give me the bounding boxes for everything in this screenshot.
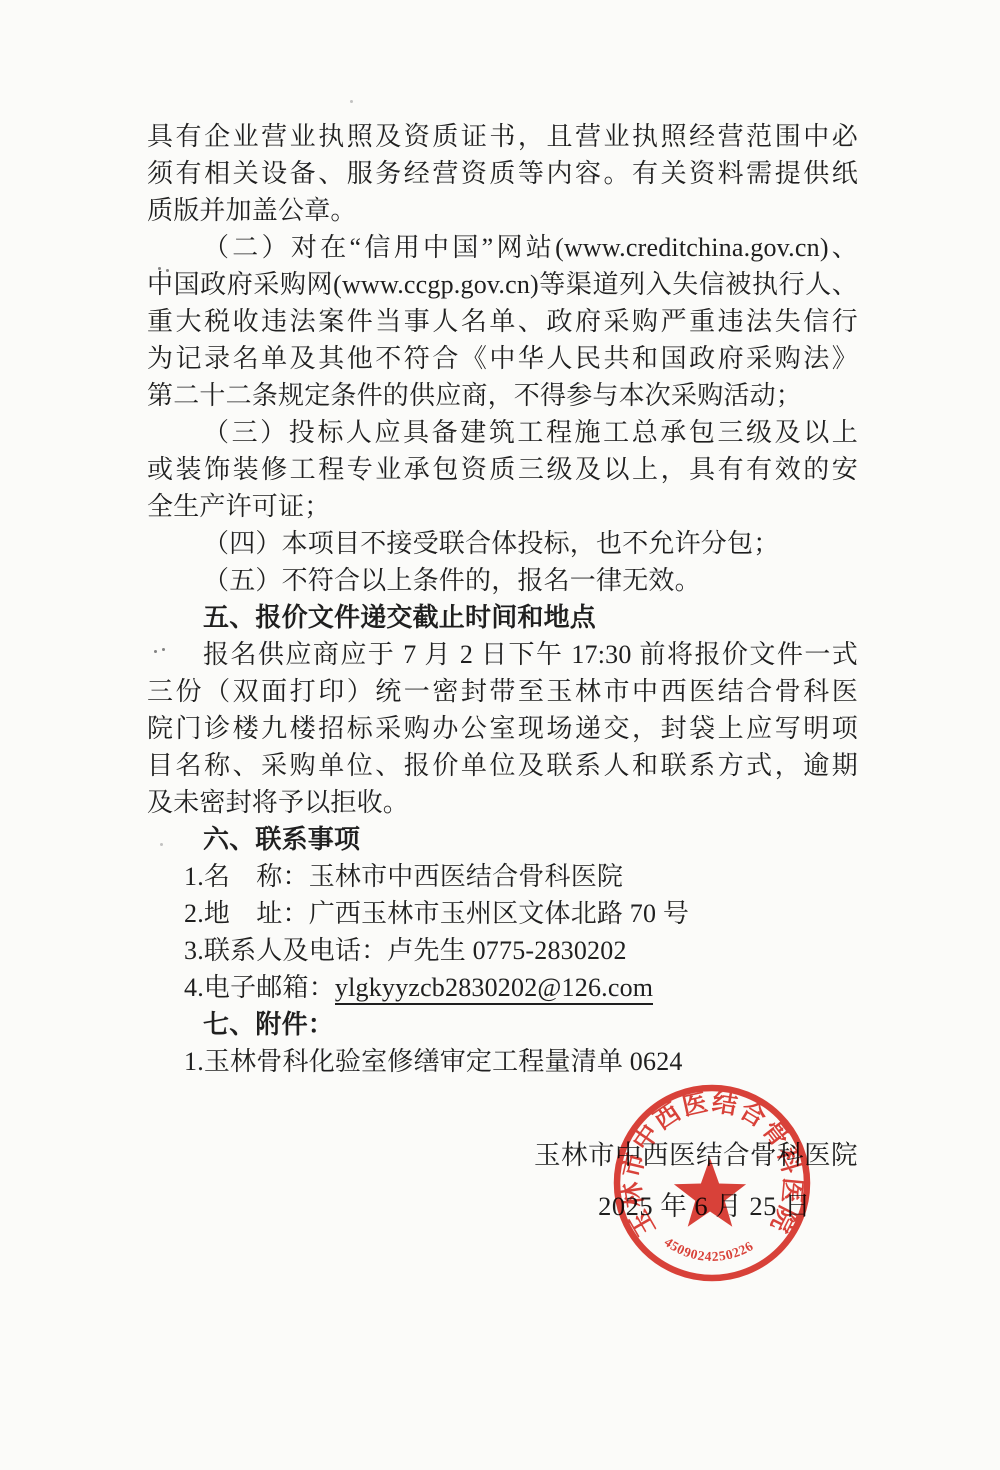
text-line: 质版并加盖公章。 bbox=[147, 192, 858, 229]
text-run: （二）对在“信用中国”网站(www.creditchina.gov.cn)、 bbox=[203, 233, 858, 262]
text-run: 第二十二条规定条件的供应商，不得参与本次采购活动； bbox=[147, 381, 802, 410]
seal-star-icon bbox=[674, 1158, 746, 1227]
text-run: 三份（双面打印）统一密封带至玉林市中西医结合骨科医 bbox=[147, 677, 858, 706]
text-run: 及未密封将予以拒收。 bbox=[147, 788, 409, 817]
text-line: 第二十二条规定条件的供应商，不得参与本次采购活动； bbox=[147, 377, 858, 414]
text-line: 具有企业营业执照及资质证书，且营业执照经营范围中必 bbox=[147, 118, 858, 155]
text-run: 或装饰装修工程专业承包资质三级及以上，具有有效的安 bbox=[147, 455, 858, 484]
text-run: 院门诊楼九楼招标采购办公室现场递交，封袋上应写明项 bbox=[147, 714, 858, 743]
scan-artifact-dot bbox=[166, 269, 169, 272]
scan-artifact-dot bbox=[350, 100, 353, 103]
text-line: （五）不符合以上条件的，报名一律无效。 bbox=[147, 562, 858, 599]
scan-artifact-dot bbox=[160, 843, 163, 846]
text-line: 全生产许可证； bbox=[147, 488, 858, 525]
text-line: 或装饰装修工程专业承包资质三级及以上，具有有效的安 bbox=[147, 451, 858, 488]
text-run: （四）本项目不接受联合体投标，也不允许分包； bbox=[203, 529, 779, 558]
text-run: 中国政府采购网(www.ccgp.gov.cn)等渠道列入失信被执行人、 bbox=[147, 270, 858, 299]
text-run: 重大税收违法案件当事人名单、政府采购严重违法失信行 bbox=[147, 307, 858, 336]
text-line: （三）投标人应具备建筑工程施工总承包三级及以上 bbox=[147, 414, 858, 451]
text-line: 须有相关设备、服务经营资质等内容。有关资料需提供纸 bbox=[147, 155, 858, 192]
text-line: 重大税收违法案件当事人名单、政府采购严重违法失信行 bbox=[147, 303, 858, 340]
text-run: 目名称、采购单位、报价单位及联系人和联系方式，逾期 bbox=[147, 751, 858, 780]
text-run: （三）投标人应具备建筑工程施工总承包三级及以上 bbox=[203, 418, 858, 447]
text-run: 须有相关设备、服务经营资质等内容。有关资料需提供纸 bbox=[147, 159, 858, 188]
text-line: （二）对在“信用中国”网站(www.creditchina.gov.cn)、 bbox=[147, 229, 858, 266]
text-line: 3.联系人及电话：卢先生 0775-2830202 bbox=[147, 932, 858, 969]
text-run: 六、联系事项 bbox=[203, 825, 360, 854]
text-line: 4.电子邮箱：ylgkyyzcb2830202@126.com bbox=[147, 969, 858, 1006]
text-run: 3.联系人及电话：卢先生 0775-2830202 bbox=[184, 936, 627, 965]
text-run: 报名供应商应于 7 月 2 日下午 17:30 前将报价文件一式 bbox=[203, 640, 858, 669]
text-run: （五）不符合以上条件的，报名一律无效。 bbox=[203, 566, 701, 595]
text-run: 质版并加盖公章。 bbox=[147, 196, 357, 225]
text-run: 4.电子邮箱： bbox=[184, 973, 335, 1002]
text-line: 三份（双面打印）统一密封带至玉林市中西医结合骨科医 bbox=[147, 673, 858, 710]
text-run: 2.地 址：广西玉林市玉州区文体北路 70 号 bbox=[184, 899, 689, 928]
official-seal: 玉林市中西医结合骨科医院 4509024250226 bbox=[597, 1068, 827, 1298]
seal-code: 4509024250226 bbox=[662, 1234, 757, 1264]
text-run: 七、附件： bbox=[203, 1010, 334, 1039]
text-line: 1.名 称：玉林市中西医结合骨科医院 bbox=[147, 858, 858, 895]
scan-artifact-dot bbox=[162, 648, 165, 651]
text-run: 全生产许可证； bbox=[147, 492, 330, 521]
scan-artifact-dot bbox=[158, 267, 161, 270]
text-run: 1.名 称：玉林市中西医结合骨科医院 bbox=[184, 862, 623, 891]
text-line: 院门诊楼九楼招标采购办公室现场递交，封袋上应写明项 bbox=[147, 710, 858, 747]
text-line: 及未密封将予以拒收。 bbox=[147, 784, 858, 821]
scan-artifact-dot bbox=[154, 650, 157, 653]
text-line: 中国政府采购网(www.ccgp.gov.cn)等渠道列入失信被执行人、 bbox=[147, 266, 858, 303]
section-heading: 七、附件： bbox=[147, 1006, 858, 1043]
text-line: 为记录名单及其他不符合《中华人民共和国政府采购法》 bbox=[147, 340, 858, 377]
text-line: （四）本项目不接受联合体投标，也不允许分包； bbox=[147, 525, 858, 562]
text-line: 报名供应商应于 7 月 2 日下午 17:30 前将报价文件一式 bbox=[147, 636, 858, 673]
scanned-document-page: 具有企业营业执照及资质证书，且营业执照经营范围中必须有相关设备、服务经营资质等内… bbox=[0, 0, 1000, 1470]
document-body: 具有企业营业执照及资质证书，且营业执照经营范围中必须有相关设备、服务经营资质等内… bbox=[147, 118, 858, 1080]
section-heading: 六、联系事项 bbox=[147, 821, 858, 858]
text-run: 为记录名单及其他不符合《中华人民共和国政府采购法》 bbox=[147, 344, 858, 373]
text-line: 2.地 址：广西玉林市玉州区文体北路 70 号 bbox=[147, 895, 858, 932]
section-heading: 五、报价文件递交截止时间和地点 bbox=[147, 599, 858, 636]
text-line: 目名称、采购单位、报价单位及联系人和联系方式，逾期 bbox=[147, 747, 858, 784]
text-run: 五、报价文件递交截止时间和地点 bbox=[203, 603, 596, 632]
email-underlined: ylgkyyzcb2830202@126.com bbox=[335, 973, 653, 1005]
text-run: 具有企业营业执照及资质证书，且营业执照经营范围中必 bbox=[147, 122, 858, 151]
